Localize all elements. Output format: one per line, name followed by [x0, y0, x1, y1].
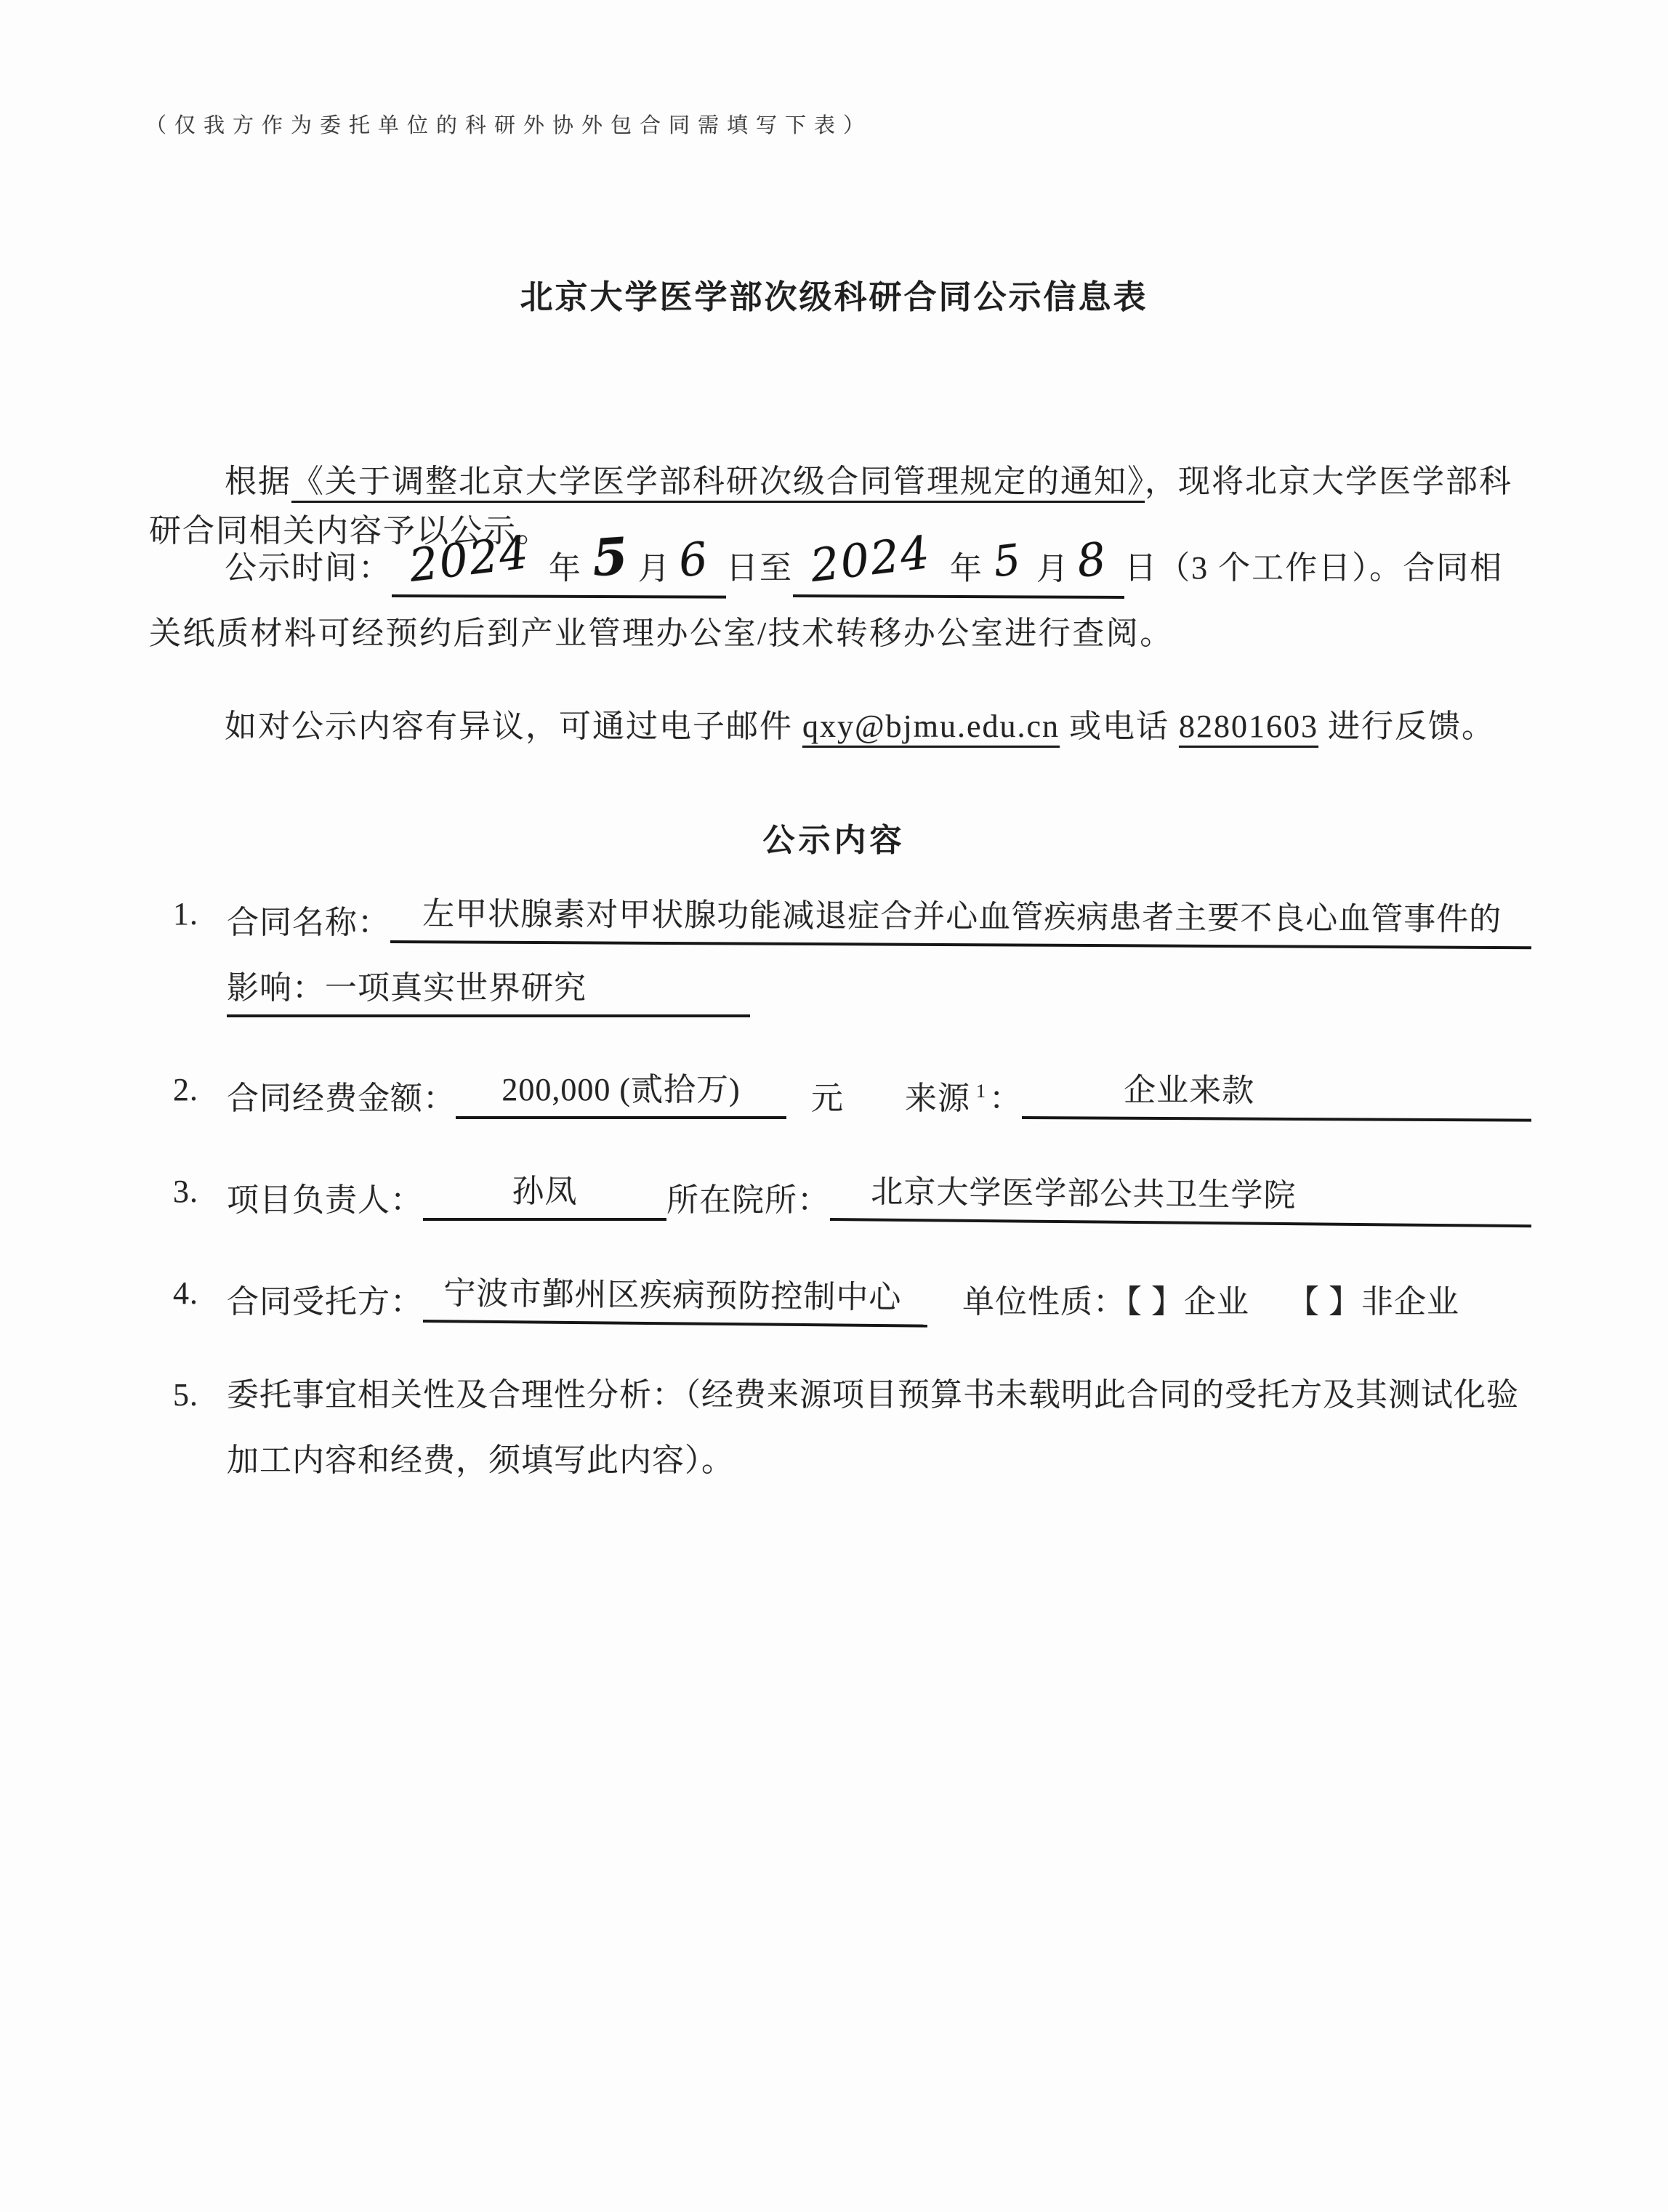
funding-amount-value: 200,000 (贰拾万)	[456, 1070, 786, 1119]
checkbox-enterprise: 【 】企业	[1126, 1284, 1249, 1320]
analysis-label: 委托事宜相关性及合理性分析：	[227, 1377, 685, 1413]
unit-nature-label: 单位性质：	[962, 1284, 1126, 1320]
notice-title-underlined: 《关于调整北京大学医学部科研次级合同管理规定的通知》	[291, 464, 1145, 499]
item-number: 3.	[173, 1171, 227, 1212]
day-unit: 日	[1124, 550, 1158, 586]
handwritten-start-year: 2024	[408, 536, 532, 586]
contract-name-value-line2: 影响：一项真实世界研究	[227, 968, 750, 1017]
year-unit: 年	[549, 551, 582, 586]
publicity-period-paragraph: 公示时间：2024年5月6日至2024年5月8日（3 个工作日）。合同相 关纸质…	[149, 544, 1530, 658]
handwritten-end-day: 8	[1075, 543, 1109, 583]
month-unit: 月	[1036, 551, 1070, 586]
handwritten-start-day: 6	[677, 542, 711, 582]
analysis-text-line1: （经费来源项目预算书未载明此合同的受托方及其测试化验	[685, 1377, 1519, 1413]
handwritten-end-year: 2024	[809, 536, 933, 586]
item-number: 1.	[173, 894, 227, 935]
funding-source-label: 来源1：	[905, 1078, 1022, 1119]
analysis-text-line2: 加工内容和经费，须填写此内容）。	[227, 1440, 1531, 1481]
handwritten-end-month: 5	[991, 543, 1024, 582]
affiliation-value: 北京大学医学部公共卫生学院	[830, 1171, 1532, 1227]
end-date-blank: 2024年5月8	[793, 547, 1124, 599]
pi-name-value: 孙凤	[423, 1171, 666, 1221]
month-unit: 月	[638, 551, 672, 586]
publicity-content-list: 1. 合同名称： 左甲状腺素对甲状腺功能减退症合并心血管疾病患者主要不良心血管事…	[173, 894, 1531, 1481]
pi-label: 项目负责人：	[227, 1180, 423, 1221]
contractor-label: 合同受托方：	[227, 1282, 423, 1323]
unit-nature-group: 单位性质：【 】企业【 】非企业	[962, 1282, 1459, 1323]
funding-source-value: 企业来款	[1022, 1070, 1531, 1122]
item-number: 4.	[173, 1273, 227, 1314]
feedback-middle: 或电话	[1060, 709, 1179, 744]
year-unit: 年	[950, 551, 983, 586]
top-note: （仅我方作为委托单位的科研外协外包合同需填写下表）	[145, 109, 872, 139]
feedback-prefix: 如对公示内容有异议，可通过电子邮件	[225, 709, 802, 744]
intro-prefix: 根据	[225, 464, 291, 499]
feedback-email: qxy@bjmu.edu.cn	[802, 709, 1060, 744]
source-footnote-marker: 1	[976, 1081, 986, 1102]
section-heading: 公示内容	[0, 814, 1668, 860]
source-word: 来源	[905, 1081, 970, 1116]
feedback-paragraph: 如对公示内容有异议，可通过电子邮件 qxy@bjmu.edu.cn 或电话 82…	[149, 702, 1530, 751]
item-analysis: 5. 委托事宜相关性及合理性分析：（经费来源项目预算书未载明此合同的受托方及其测…	[173, 1375, 1531, 1481]
start-date-blank: 2024年5月6	[392, 545, 726, 599]
publicity-time-label: 公示时间：	[225, 550, 392, 586]
funding-label: 合同经费金额：	[227, 1078, 456, 1119]
publicity-period-line: 公示时间：2024年5月6日至2024年5月8日（3 个工作日）。合同相	[149, 544, 1530, 597]
handwritten-start-month: 5	[591, 541, 624, 579]
item-number: 5.	[173, 1375, 227, 1416]
item-contract-name: 1. 合同名称： 左甲状腺素对甲状腺功能减退症合并心血管疾病患者主要不良心血管事…	[173, 894, 1531, 1017]
feedback-phone: 82801603	[1179, 709, 1318, 744]
item-number: 2.	[173, 1070, 227, 1110]
item-principal-investigator: 3. 项目负责人： 孙凤 所在院所： 北京大学医学部公共卫生学院	[173, 1171, 1531, 1221]
source-colon: ：	[989, 1081, 1022, 1116]
affiliation-label: 所在院所：	[666, 1180, 830, 1221]
scanned-form-page: （仅我方作为委托单位的科研外协外包合同需填写下表） 北京大学医学部次级科研合同公…	[0, 0, 1668, 2212]
contractor-value: 宁波市鄞州区疾病预防控制中心	[423, 1273, 928, 1328]
page-title: 北京大学医学部次级科研合同公示信息表	[0, 270, 1668, 318]
working-days-note: （3 个工作日）。合同相	[1158, 550, 1503, 586]
currency-unit: 元	[811, 1078, 844, 1119]
to-text: 日至	[726, 550, 793, 586]
checkbox-non-enterprise: 【 】非企业	[1287, 1284, 1459, 1320]
contract-name-value-line1: 左甲状腺素对甲状腺功能减退症合并心血管疾病患者主要不良心血管事件的	[390, 894, 1531, 949]
feedback-suffix: 进行反馈。	[1318, 709, 1495, 744]
publicity-period-continuation: 关纸质材料可经预约后到产业管理办公室/技术转移办公室进行查阅。	[149, 609, 1530, 658]
item-funding: 2. 合同经费金额： 200,000 (贰拾万) 元 来源1： 企业来款	[173, 1070, 1531, 1119]
contract-name-label: 合同名称：	[227, 903, 390, 943]
item-contractor: 4. 合同受托方： 宁波市鄞州区疾病预防控制中心 单位性质：【 】企业【 】非企…	[173, 1273, 1531, 1323]
